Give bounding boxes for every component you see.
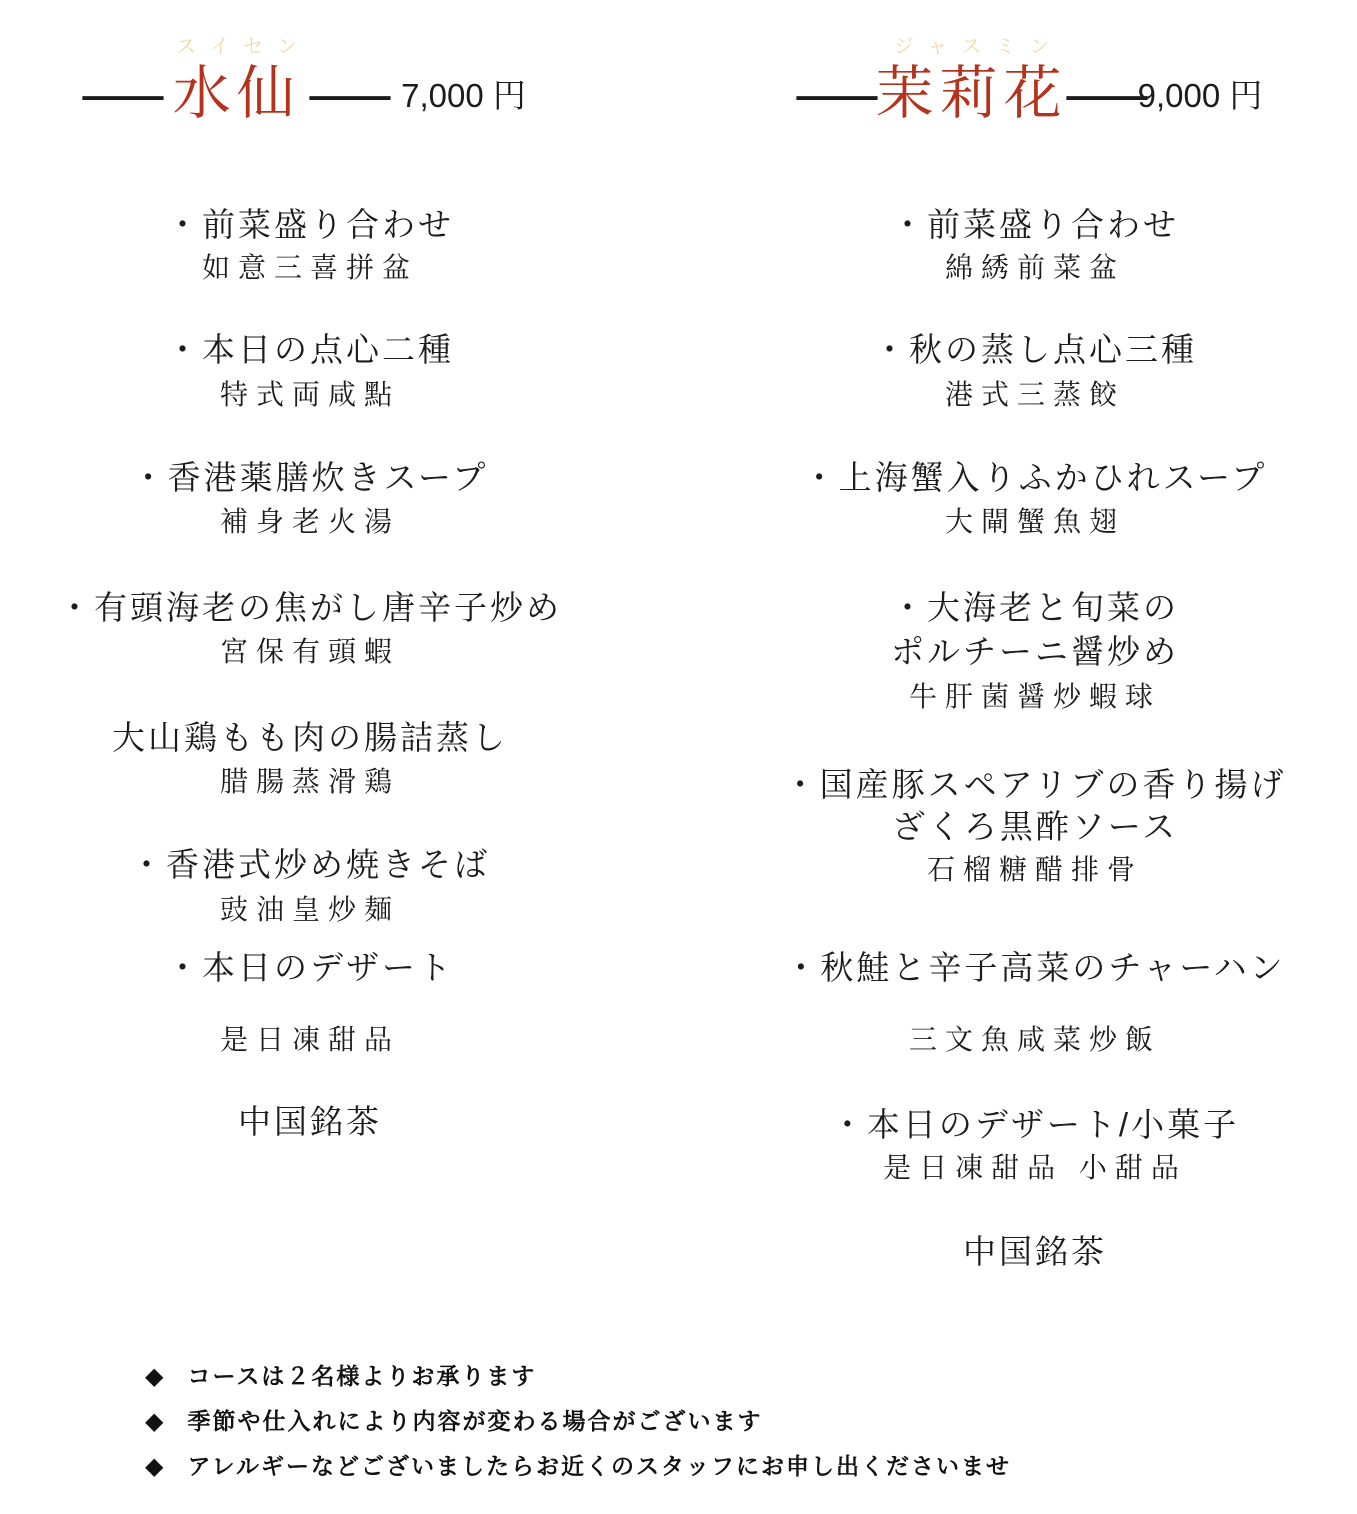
course-price: 9,000 円 [1138, 65, 1263, 128]
dish-subtitle: 豉油皇炒麺 [30, 890, 590, 930]
note-item: ◆ コースは２名様よりお承ります [145, 1360, 536, 1394]
header-dash: ― [83, 61, 164, 128]
tea-line: 中国銘茶 [30, 1102, 590, 1142]
dish-title: ・香港式炒め焼きそば [30, 845, 590, 885]
header-dash: ― [796, 61, 877, 128]
dish-title: ・秋の蒸し点心三種 [765, 330, 1305, 370]
dish-title: ・前菜盛り合わせ [30, 205, 590, 245]
dish-subtitle: 港式三蒸餃 [765, 375, 1305, 415]
dish-title: ・上海蟹入りふかひれスープ [765, 458, 1305, 498]
dish-title: ・本日の点心二種 [30, 330, 590, 370]
tea-line: 中国銘茶 [765, 1232, 1305, 1272]
header-dash: ― [310, 61, 391, 128]
course-name: 茉莉花 [876, 61, 1068, 128]
dish-title: ・前菜盛り合わせ [765, 205, 1305, 245]
dish-subtitle: 是日凍甜品 [30, 1020, 590, 1060]
dish-title-cont: ポルチーニ醤炒め [765, 632, 1305, 672]
dish-subtitle: 三文魚咸菜炒飯 [765, 1020, 1305, 1060]
note-item: ◆ 季節や仕入れにより内容が変わる場合がございます [145, 1405, 762, 1439]
dish-subtitle: 綿綉前菜盆 [765, 248, 1305, 288]
note-item: ◆ アレルギーなどございましたらお近くのスタッフにお申し出くださいませ [145, 1450, 1011, 1484]
note-text: 季節や仕入れにより内容が変わる場合がございます [187, 1405, 762, 1439]
diamond-icon: ◆ [145, 1405, 163, 1439]
dish-subtitle: 宮保有頭蝦 [30, 632, 590, 672]
dish-subtitle: 大閘蟹魚翅 [765, 502, 1305, 542]
dish-subtitle: 是日凍甜品 小甜品 [765, 1148, 1305, 1188]
dish-title: ・大海老と旬菜の [765, 588, 1305, 628]
dish-title: ・香港薬膳炊きスープ [30, 458, 590, 498]
course-name-block: ジャスミン茉莉花 [876, 36, 1068, 128]
dish-subtitle: 石榴糖醋排骨 [765, 850, 1305, 890]
course-price: 7,000 円 [401, 65, 526, 128]
dish-title: 大山鶏もも肉の腸詰蒸し [30, 718, 590, 758]
dish-title: ・国産豚スペアリブの香り揚げ [765, 765, 1305, 805]
dish-title: ・本日のデザート [30, 948, 590, 988]
course-furigana: スイセン [162, 36, 311, 58]
dish-title: ・本日のデザート/小菓子 [765, 1105, 1305, 1145]
diamond-icon: ◆ [145, 1360, 163, 1394]
course-header-jasmine: ―ジャスミン茉莉花―9,000 円 [765, 36, 1305, 128]
dish-subtitle: 腊腸蒸滑鶏 [30, 762, 590, 802]
dish-subtitle: 牛肝菌醤炒蝦球 [765, 677, 1305, 717]
note-text: アレルギーなどございましたらお近くのスタッフにお申し出くださいませ [187, 1450, 1011, 1484]
course-name-block: スイセン水仙 [162, 36, 311, 128]
header-dash: ― [1066, 61, 1147, 128]
dish-title: ・有頭海老の焦がし唐辛子炒め [30, 588, 590, 628]
course-header-suisen: ―スイセン水仙―7,000 円 [30, 36, 590, 128]
dish-title: ・秋鮭と辛子高菜のチャーハン [765, 948, 1305, 988]
dish-subtitle: 特式両咸點 [30, 375, 590, 415]
course-name: 水仙 [162, 61, 311, 128]
course-furigana: ジャスミン [876, 36, 1068, 58]
note-text: コースは２名様よりお承ります [187, 1360, 536, 1394]
dish-subtitle: 補身老火湯 [30, 502, 590, 542]
dish-title-cont: ざくろ黒酢ソース [765, 807, 1305, 847]
menu-page: ―スイセン水仙―7,000 円 ―ジャスミン茉莉花―9,000 円 ・前菜盛り合… [0, 0, 1357, 1514]
diamond-icon: ◆ [145, 1450, 163, 1484]
dish-subtitle: 如意三喜拼盆 [30, 248, 590, 288]
